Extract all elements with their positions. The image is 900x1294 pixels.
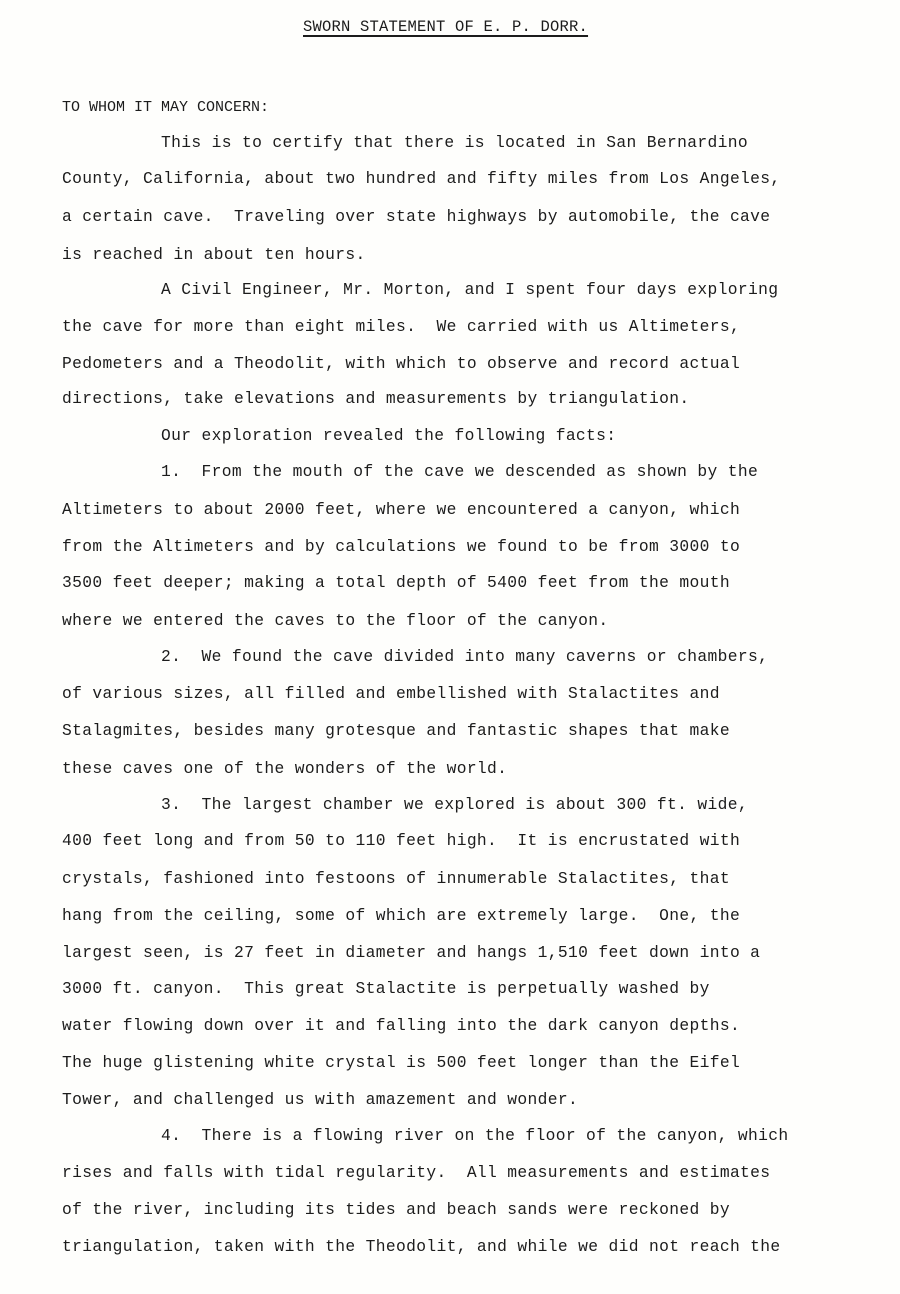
text-line: Our exploration revealed the following f…: [161, 426, 616, 446]
salutation: TO WHOM IT MAY CONCERN:: [62, 98, 269, 118]
document-page: SWORN STATEMENT OF E. P. DORR. TO WHOM I…: [0, 0, 900, 1294]
text-line: hang from the ceiling, some of which are…: [62, 906, 740, 926]
text-line: County, California, about two hundred an…: [62, 169, 781, 189]
text-line: Stalagmites, besides many grotesque and …: [62, 721, 730, 741]
text-line: largest seen, is 27 feet in diameter and…: [62, 943, 760, 963]
text-line: the cave for more than eight miles. We c…: [62, 317, 740, 337]
list-item-3: 3. The largest chamber we explored is ab…: [161, 795, 748, 815]
text-line: rises and falls with tidal regularity. A…: [62, 1163, 770, 1183]
text-line: of the river, including its tides and be…: [62, 1200, 730, 1220]
text-line: water flowing down over it and falling i…: [62, 1016, 740, 1036]
text-line: directions, take elevations and measurem…: [62, 389, 689, 409]
text-line: This is to certify that there is located…: [161, 133, 748, 153]
list-item-2: 2. We found the cave divided into many c…: [161, 647, 768, 667]
text-line: Altimeters to about 2000 feet, where we …: [62, 500, 740, 520]
text-line: triangulation, taken with the Theodolit,…: [62, 1237, 781, 1257]
text-line: 3000 ft. canyon. This great Stalactite i…: [62, 979, 710, 999]
text-line: where we entered the caves to the floor …: [62, 611, 609, 631]
text-line: A Civil Engineer, Mr. Morton, and I spen…: [161, 280, 778, 300]
text-line: these caves one of the wonders of the wo…: [62, 759, 507, 779]
list-item-1: 1. From the mouth of the cave we descend…: [161, 462, 758, 482]
text-line: Tower, and challenged us with amazement …: [62, 1090, 578, 1110]
text-line: 3500 feet deeper; making a total depth o…: [62, 573, 730, 593]
text-line: The huge glistening white crystal is 500…: [62, 1053, 740, 1073]
text-line: is reached in about ten hours.: [62, 245, 366, 265]
text-line: from the Altimeters and by calculations …: [62, 537, 740, 557]
text-line: a certain cave. Traveling over state hig…: [62, 207, 770, 227]
document-title: SWORN STATEMENT OF E. P. DORR.: [303, 18, 588, 36]
text-line: of various sizes, all filled and embelli…: [62, 684, 720, 704]
text-line: 400 feet long and from 50 to 110 feet hi…: [62, 831, 740, 851]
text-line: crystals, fashioned into festoons of inn…: [62, 869, 730, 889]
text-line: Pedometers and a Theodolit, with which t…: [62, 354, 740, 374]
list-item-4: 4. There is a flowing river on the floor…: [161, 1126, 788, 1146]
